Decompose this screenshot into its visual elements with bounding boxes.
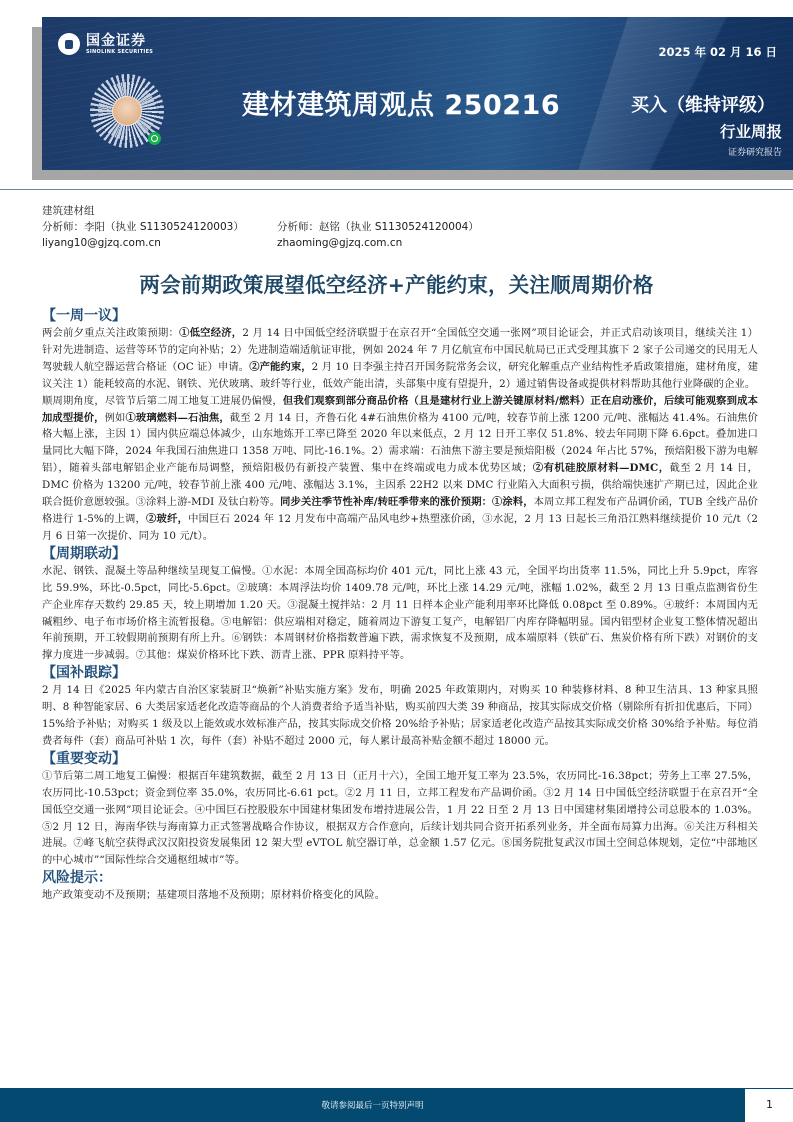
subsidy-paragraph: 2 月 14 日《2025 年内蒙古自治区家装厨卫“焕新”补贴实施方案》发布，明… [42, 682, 758, 750]
header-divider [0, 189, 793, 190]
analyst-2-email[interactable]: zhaoming@gjzq.com.cn [277, 235, 402, 251]
bold-run: ②有机硅胶原材料—DMC， [532, 462, 669, 474]
report-subtype: 证券研究报告 [728, 145, 782, 158]
analyst-1-email[interactable]: liyang10@gjzq.com.cn [42, 235, 277, 251]
analyst-2-label: 分析师：赵铭（执业 S1130524120004） [277, 219, 479, 235]
bold-run: ①低空经济， [179, 327, 242, 339]
footer-rule [745, 1088, 793, 1089]
risk-paragraph: 地产政策变动不及预期；基建项目落地不及预期；原材料价格变化的风险。 [42, 887, 758, 904]
bold-run: ②玻纤， [146, 513, 188, 525]
mini-program-qr-code-icon[interactable] [90, 74, 164, 148]
analyst-block: 建筑建材组 分析师：李阳（执业 S1130524120003） 分析师：赵铭（执… [42, 203, 479, 251]
weekly-paragraph-1: 两会前夕重点关注政策预期：①低空经济，2 月 14 日中国低空经济联盟于在京召开… [42, 325, 758, 393]
report-type: 行业周报 [720, 120, 782, 142]
research-group: 建筑建材组 [42, 203, 479, 219]
logo-cn-text: 国金证券 [86, 33, 153, 49]
report-title: 建材建筑周观点 250216 [242, 83, 560, 122]
cycle-paragraph: 水泥、钢铁、混凝土等品种继续呈现复工偏慢。①水泥：本周全国高标均价 401 元/… [42, 563, 758, 664]
section-title-cycle: 【周期联动】 [42, 545, 758, 563]
logo-mark-icon [58, 33, 80, 55]
bold-run: ①玻璃燃料—石油焦， [125, 412, 229, 424]
header-banner: 国金证券 SINOLINK SECURITIES 建材建筑周观点 250216 … [42, 17, 793, 170]
section-title-changes: 【重要变动】 [42, 750, 758, 768]
footer-disclaimer[interactable]: 敬请参阅最后一页特别声明 [0, 1099, 745, 1111]
company-logo: 国金证券 SINOLINK SECURITIES [58, 33, 153, 55]
report-body: 【一周一议】 两会前夕重点关注政策预期：①低空经济，2 月 14 日中国低空经济… [42, 307, 758, 904]
text-run: 顺周期角度，尽管节后第二周工地复工进展仍偏慢， [42, 395, 283, 407]
changes-paragraph: ①节后第二周工地复工偏慢：根据百年建筑数据，截至 2 月 13 日（正月十六），… [42, 768, 758, 869]
report-date: 2025 年 02 月 16 日 [658, 44, 777, 60]
page-number: 1 [766, 1098, 773, 1111]
text-run: 两会前夕重点关注政策预期： [42, 327, 179, 339]
qr-center-badge [112, 96, 142, 126]
report-headline: 两会前期政策展望低空经济+产能约束，关注顺周期价格 [0, 268, 793, 298]
bold-run: 同步关注季节性补库/转旺季带来的涨价预期：①涂料， [280, 496, 533, 508]
section-title-subsidy: 【国补跟踪】 [42, 664, 758, 682]
text-run: 例如 [105, 412, 126, 424]
rating-badge: 买入（维持评级） [631, 91, 775, 117]
mini-program-link-icon [148, 132, 161, 145]
section-title-weekly: 【一周一议】 [42, 307, 758, 325]
logo-en-text: SINOLINK SECURITIES [86, 49, 153, 55]
bold-run: ②产能约束， [249, 361, 311, 373]
section-title-risk: 风险提示： [42, 869, 758, 887]
analyst-1-label: 分析师：李阳（执业 S1130524120003） [42, 219, 277, 235]
weekly-paragraph-2: 顺周期角度，尽管节后第二周工地复工进展仍偏慢，但我们观察到部分商品价格（且是建材… [42, 393, 758, 545]
